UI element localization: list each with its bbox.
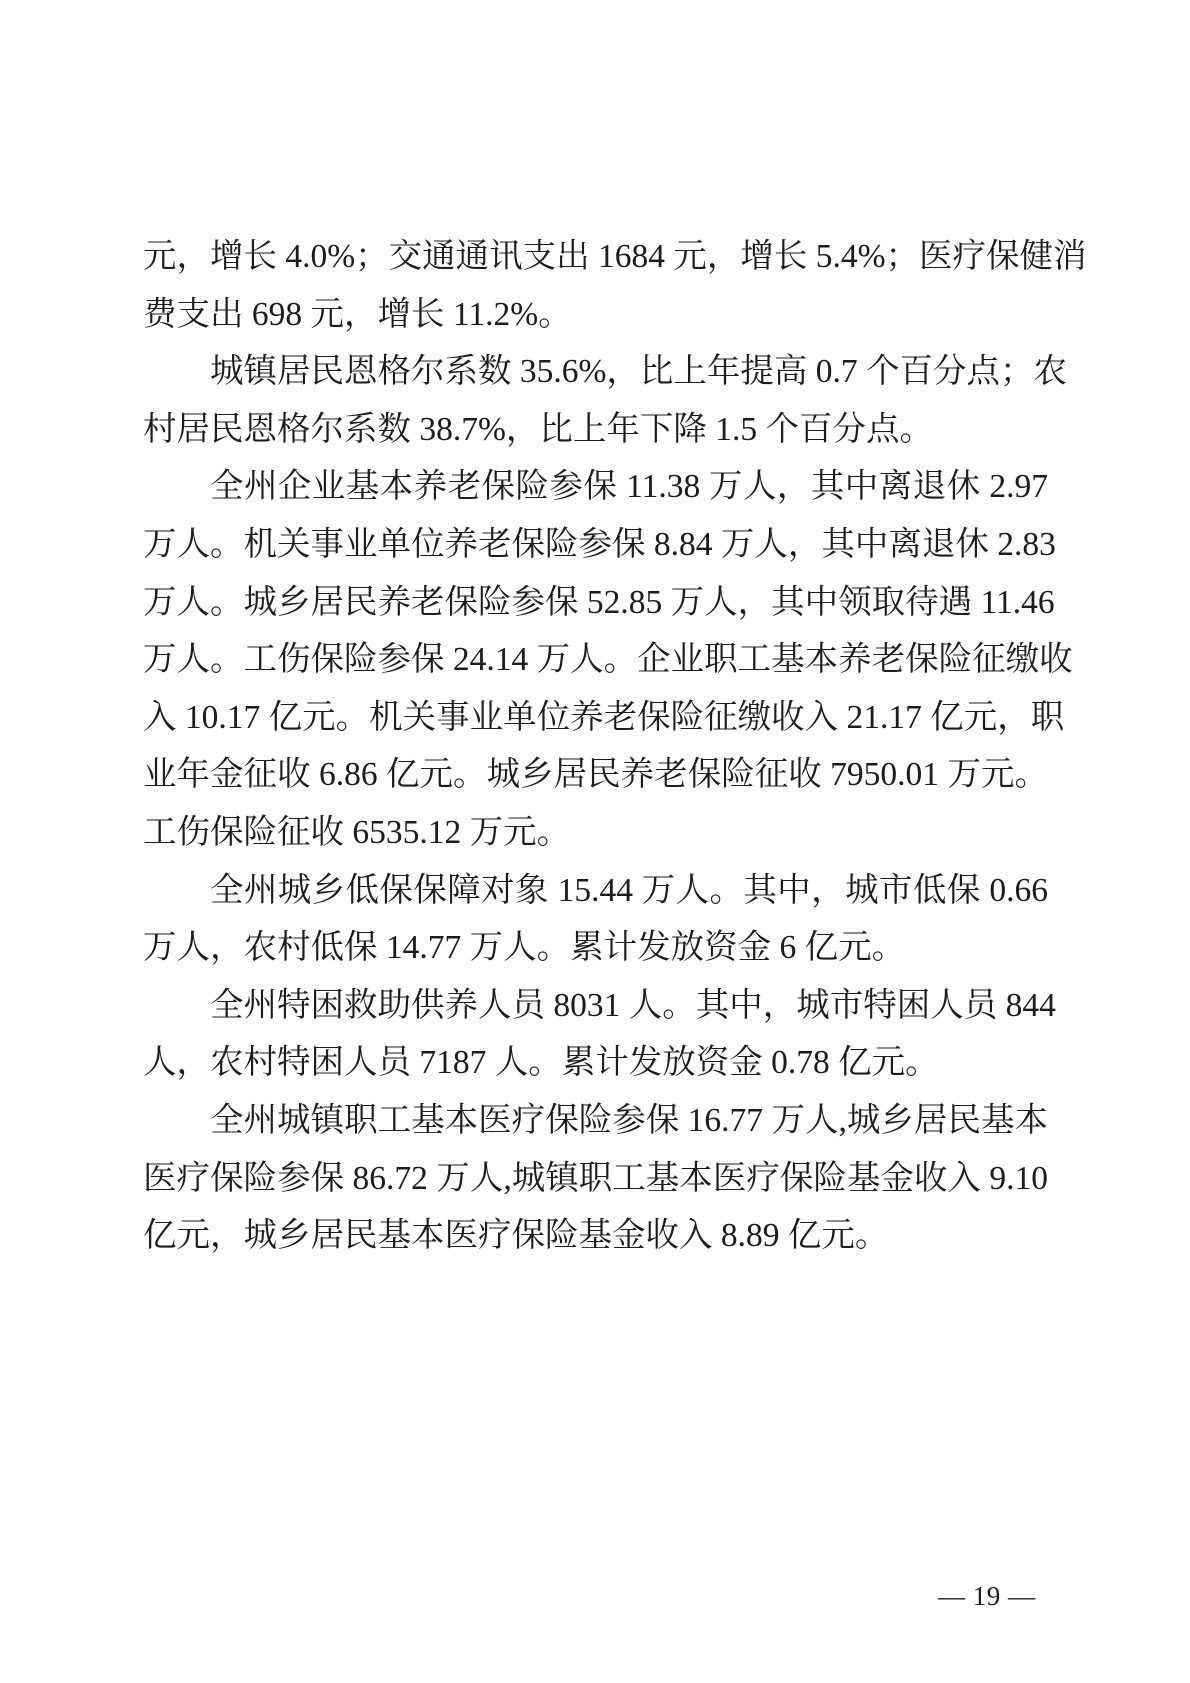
- text-line: 业年金征收 6.86 亿元。城乡居民养老保险征收 7950.01 万元。: [143, 746, 1048, 804]
- document-page: 元，增长 4.0%；交通通讯支出 1684 元，增长 5.4%；医疗保健消费支出…: [0, 0, 1190, 1683]
- page-footer: — 19 —: [938, 1581, 1036, 1611]
- text-line: 城镇居民恩格尔系数 35.6%，比上年提高 0.7 个百分点；农: [143, 343, 1048, 401]
- text-line: 万人。城乡居民养老保险参保 52.85 万人，其中领取待遇 11.46: [143, 574, 1048, 632]
- document-body: 元，增长 4.0%；交通通讯支出 1684 元，增长 5.4%；医疗保健消费支出…: [143, 228, 1048, 1265]
- text-line: 全州城乡低保保障对象 15.44 万人。其中，城市低保 0.66: [143, 862, 1048, 920]
- text-line: 医疗保险参保 86.72 万人,城镇职工基本医疗保险基金收入 9.10: [143, 1150, 1048, 1208]
- text-line: 人，农村特困人员 7187 人。累计发放资金 0.78 亿元。: [143, 1034, 1048, 1092]
- page-number: — 19 —: [938, 1581, 1036, 1611]
- text-line: 全州特困救助供养人员 8031 人。其中，城市特困人员 844: [143, 977, 1048, 1035]
- text-line: 全州企业基本养老保险参保 11.38 万人，其中离退休 2.97: [143, 458, 1048, 516]
- text-line: 元，增长 4.0%；交通通讯支出 1684 元，增长 5.4%；医疗保健消: [143, 228, 1048, 286]
- text-line: 亿元，城乡居民基本医疗保险基金收入 8.89 亿元。: [143, 1207, 1048, 1265]
- text-line: 万人。工伤保险参保 24.14 万人。企业职工基本养老保险征缴收: [143, 631, 1048, 689]
- text-line: 万人，农村低保 14.77 万人。累计发放资金 6 亿元。: [143, 919, 1048, 977]
- text-line: 费支出 698 元，增长 11.2%。: [143, 286, 1048, 344]
- text-line: 村居民恩格尔系数 38.7%，比上年下降 1.5 个百分点。: [143, 401, 1048, 459]
- text-line: 工伤保险征收 6535.12 万元。: [143, 804, 1048, 862]
- text-line: 全州城镇职工基本医疗保险参保 16.77 万人,城乡居民基本: [143, 1092, 1048, 1150]
- text-line: 万人。机关事业单位养老保险参保 8.84 万人，其中离退休 2.83: [143, 516, 1048, 574]
- text-line: 入 10.17 亿元。机关事业单位养老保险征缴收入 21.17 亿元，职: [143, 689, 1048, 747]
